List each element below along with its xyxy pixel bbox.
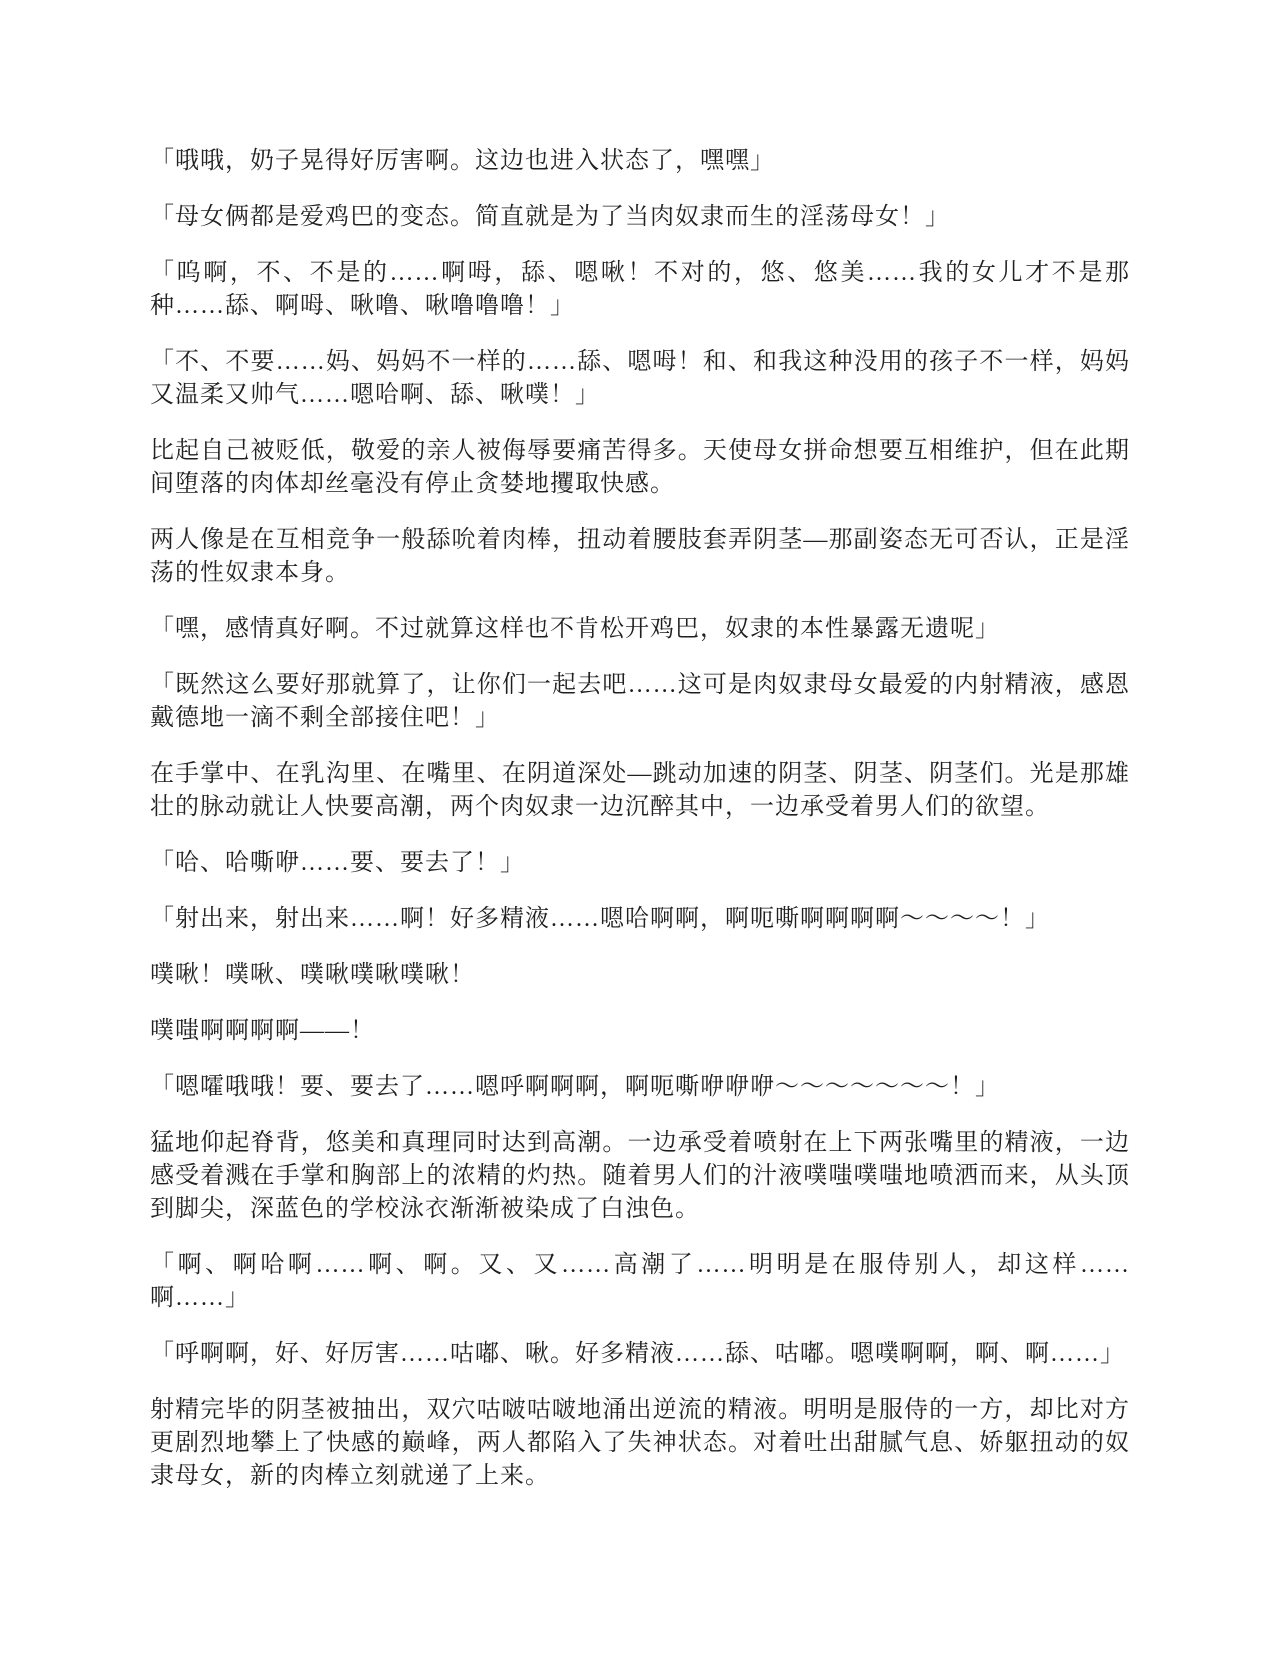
paragraph: 「射出来，射出来……啊！好多精液……嗯哈啊啊，啊呃嘶啊啊啊啊～～～～！」	[150, 903, 1130, 936]
paragraph: 「哈、哈嘶咿……要、要去了！」	[150, 847, 1130, 880]
paragraph: 「呜啊，不、不是的……啊呣，舔、嗯啾！不对的，悠、悠美……我的女儿才不是那种………	[150, 257, 1130, 323]
paragraph: 噗啾！噗啾、噗啾噗啾噗啾！	[150, 959, 1130, 992]
paragraph: 「啊、啊哈啊……啊、啊。又、又……高潮了……明明是在服侍别人，却这样……啊……」	[150, 1249, 1130, 1315]
paragraph: 比起自己被贬低，敬爱的亲人被侮辱要痛苦得多。天使母女拼命想要互相维护，但在此期间…	[150, 435, 1130, 501]
paragraph: 猛地仰起脊背，悠美和真理同时达到高潮。一边承受着喷射在上下两张嘴里的精液，一边感…	[150, 1127, 1130, 1226]
paragraph: 噗嗤啊啊啊啊——！	[150, 1015, 1130, 1048]
document-body: { "colors": { "background": "#ffffff", "…	[0, 0, 1280, 1656]
paragraph: 「嗯嚯哦哦！要、要去了……嗯呼啊啊啊，啊呃嘶咿咿咿～～～～～～～！」	[150, 1071, 1130, 1104]
paragraph: 「哦哦，奶子晃得好厉害啊。这边也进入状态了，嘿嘿」	[150, 145, 1130, 178]
text-column: 「哦哦，奶子晃得好厉害啊。这边也进入状态了，嘿嘿」「母女俩都是爱鸡巴的变态。简直…	[150, 145, 1130, 1493]
paragraph: 「母女俩都是爱鸡巴的变态。简直就是为了当肉奴隶而生的淫荡母女！」	[150, 201, 1130, 234]
paragraph: 在手掌中、在乳沟里、在嘴里、在阴道深处—跳动加速的阴茎、阴茎、阴茎们。光是那雄壮…	[150, 758, 1130, 824]
paragraph: 「既然这么要好那就算了，让你们一起去吧……这可是肉奴隶母女最爱的内射精液，感恩戴…	[150, 669, 1130, 735]
paragraph: 「嘿，感情真好啊。不过就算这样也不肯松开鸡巴，奴隶的本性暴露无遗呢」	[150, 613, 1130, 646]
paragraph: 「不、不要……妈、妈妈不一样的……舔、嗯呣！和、和我这种没用的孩子不一样，妈妈又…	[150, 346, 1130, 412]
paragraph: 两人像是在互相竞争一般舔吮着肉棒，扭动着腰肢套弄阴茎—那副姿态无可否认，正是淫荡…	[150, 524, 1130, 590]
paragraph: 射精完毕的阴茎被抽出，双穴咕啵咕啵地涌出逆流的精液。明明是服侍的一方，却比对方更…	[150, 1394, 1130, 1493]
paragraph: 「呼啊啊，好、好厉害……咕嘟、啾。好多精液……舔、咕嘟。嗯噗啊啊，啊、啊……」	[150, 1338, 1130, 1371]
novel-page: 「哦哦，奶子晃得好厉害啊。这边也进入状态了，嘿嘿」「母女俩都是爱鸡巴的变态。简直…	[0, 0, 1280, 1656]
